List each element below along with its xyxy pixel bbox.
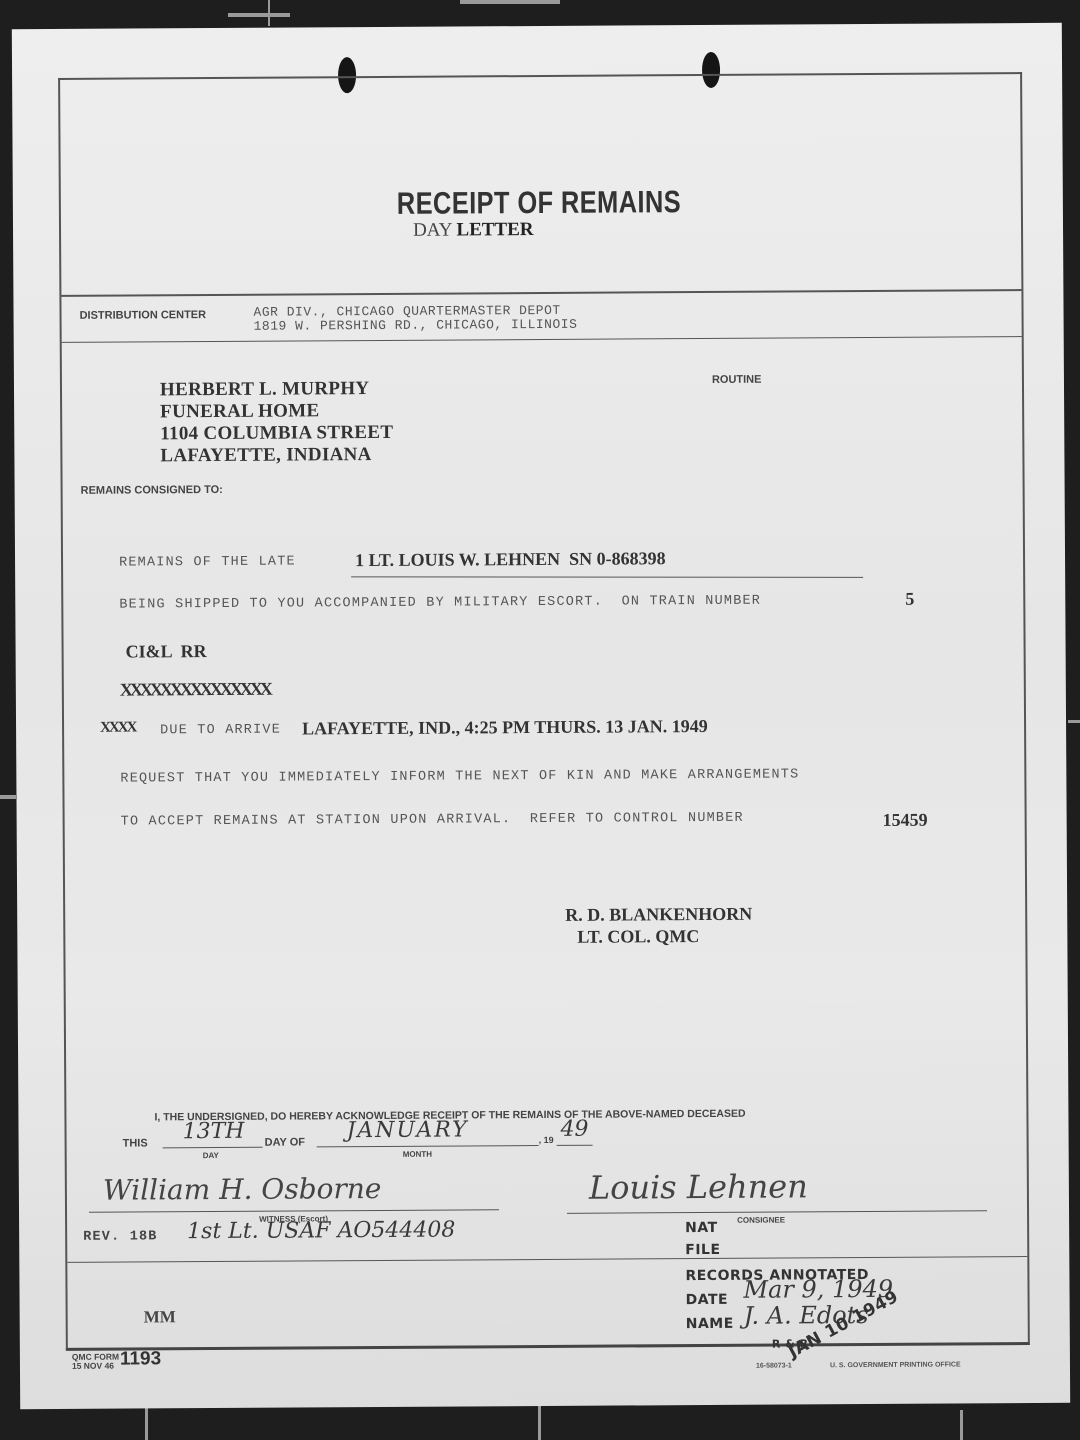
print-code: 16-58073-1 [756,1362,792,1369]
request-line-2: TO ACCEPT REMAINS AT STATION UPON ARRIVA… [121,811,744,830]
form-subtitle: DAY LETTER [413,219,534,242]
background-grid-line [1068,720,1080,723]
year-prefix: , 19 [539,1135,554,1145]
remains-consigned-label: REMAINS CONSIGNED TO: [81,484,223,497]
witness-signature: William H. Osborne [103,1172,382,1207]
day-value: 13TH [182,1119,244,1144]
printer-name: U. S. GOVERNMENT PRINTING OFFICE [830,1361,961,1369]
witness-id: 1st Lt. USAF AO544408 [187,1218,455,1245]
consignee-line-4: LAFAYETTE, INDIANA [160,444,371,467]
consignee-signature: Louis Lehnen [589,1167,808,1206]
form-title: RECEIPT OF REMAINS [397,184,681,222]
remains-of-label: REMAINS OF THE LATE [119,554,296,570]
month-value: JANUARY [346,1117,468,1143]
consignee-line-2: FUNERAL HOME [160,400,319,423]
subtitle-day: DAY [413,220,452,241]
divider [67,1256,1027,1263]
consignee-line-1: HERBERT L. MURPHY [160,378,370,401]
deceased-underline [351,576,863,577]
arrival-details: LAFAYETTE, IND., 4:25 PM THURS. 13 JAN. … [302,716,708,739]
train-number: 5 [905,589,914,610]
struck-line: XXXXXXXXXXXXXXX [120,679,270,701]
signatory-name: R. D. BLANKENHORN [565,904,752,926]
form-border: RECEIPT OF REMAINS DAY LETTER DISTRIBUTI… [58,72,1030,1351]
initials: MM [144,1307,176,1327]
consignee-label: CONSIGNEE [737,1216,785,1225]
document-page: RECEIPT OF REMAINS DAY LETTER DISTRIBUTI… [12,23,1070,1409]
distribution-center-label: DISTRIBUTION CENTER [80,309,207,322]
form-label-line2: 15 NOV 46 [72,1361,114,1371]
deceased-name: 1 LT. LOUIS W. LEHNEN SN 0-868398 [355,548,666,571]
background-grid-line [228,13,290,17]
month-field-line [317,1145,539,1147]
due-to-arrive-label: DUE TO ARRIVE [160,723,281,739]
consignee-line-3: 1104 COLUMBIA STREET [160,422,393,445]
witness-signature-line [89,1209,499,1213]
year-field-line [557,1145,593,1146]
this-label: THIS [123,1137,148,1149]
background-grid-line [538,1405,541,1440]
request-line-1: REQUEST THAT YOU IMMEDIATELY INFORM THE … [120,767,799,786]
file-stamp: FILE [685,1242,720,1258]
date-stamp-label: DATE [686,1292,729,1308]
background-grid-line [460,0,560,4]
consignee-signature-line [567,1210,987,1214]
railroad: CI&L RR [126,641,207,662]
month-label: MONTH [403,1150,432,1159]
background-grid-line [0,795,16,799]
subtitle-struck-letter: LETTER [456,219,533,240]
control-number: 15459 [883,810,928,831]
struck-prefix: XXXX [100,719,135,736]
shipped-text: BEING SHIPPED TO YOU ACCOMPANIED BY MILI… [119,594,761,613]
nat-stamp: NAT [685,1220,718,1236]
priority-label: ROUTINE [712,374,762,386]
divider [61,289,1021,297]
distribution-center-line2: 1819 W. PERSHING RD., CHICAGO, ILLINOIS [254,317,578,334]
day-label: DAY [203,1151,219,1160]
name-stamp-label: NAME [686,1316,734,1332]
rev-label: REV. 18B [83,1229,158,1244]
form-number: 1193 [120,1348,161,1370]
year-value: 49 [560,1117,588,1142]
divider [62,336,1022,343]
day-field-line [163,1147,263,1149]
day-of-label: DAY OF [265,1136,305,1148]
signatory-title: LT. COL. QMC [577,926,699,948]
background-grid-line [960,1410,963,1440]
